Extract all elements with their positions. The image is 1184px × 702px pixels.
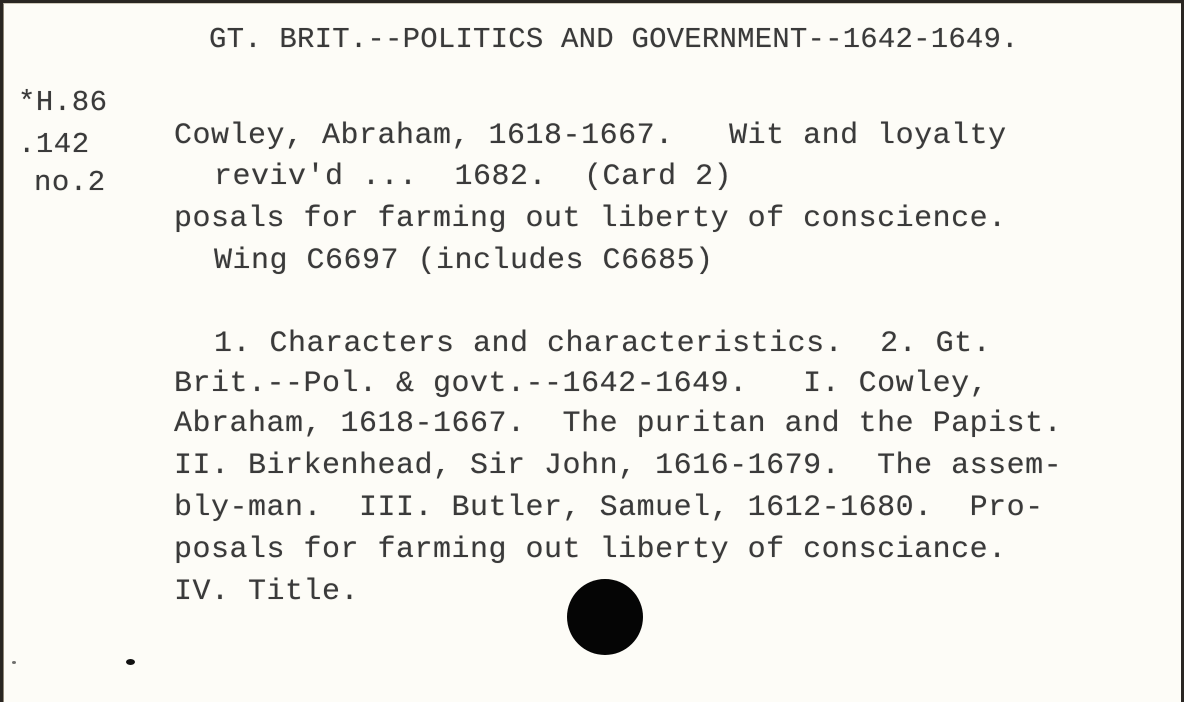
tracing-line-2: Brit.--Pol. & govt.--1642-1649. I. Cowle… (174, 369, 988, 399)
ink-speck (126, 659, 135, 665)
punch-hole (567, 579, 643, 655)
call-number-line-2: .142 (18, 130, 90, 159)
call-number-line-1: *H.86 (18, 88, 108, 117)
tracing-line-1: 1. Characters and characteristics. 2. Gt… (214, 329, 991, 359)
note-line-1: posals for farming out liberty of consci… (174, 204, 1007, 234)
tracing-line-3: Abraham, 1618-1667. The puritan and the … (174, 409, 1062, 439)
tracing-line-7: IV. Title. (174, 577, 359, 607)
tracing-line-5: bly-man. III. Butler, Samuel, 1612-1680.… (174, 493, 1044, 523)
tracing-line-4: II. Birkenhead, Sir John, 1616-1679. The… (174, 451, 1062, 481)
note-line-2: Wing C6697 (includes C6685) (214, 246, 714, 276)
catalog-card: GT. BRIT.--POLITICS AND GOVERNMENT--1642… (3, 3, 1181, 702)
call-number-line-3: no.2 (34, 168, 106, 197)
main-entry-author: Cowley, Abraham, 1618-1667. Wit and loya… (174, 121, 1007, 151)
tracing-line-6: posals for farming out liberty of consci… (174, 535, 1007, 565)
subject-heading: GT. BRIT.--POLITICS AND GOVERNMENT--1642… (209, 25, 1019, 54)
ink-speck (12, 661, 16, 664)
main-entry-title-continued: reviv'd ... 1682. (Card 2) (214, 162, 732, 192)
